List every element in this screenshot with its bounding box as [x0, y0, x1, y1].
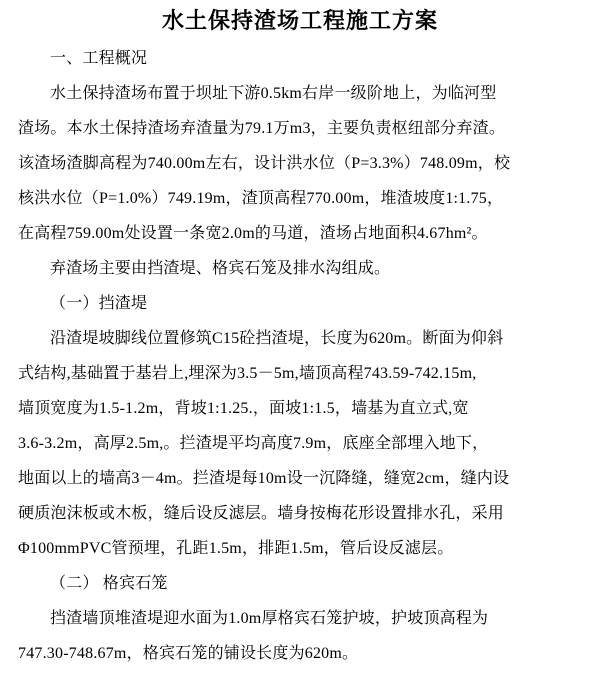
paragraph-line: 沿渣堤坡脚线位置修筑C15砼挡渣堤，长度为620m。断面为仰斜: [18, 321, 564, 356]
paragraph-line: 硬质泡沫板或木板，缝后设反滤层。墙身按梅花形设置排水孔，采用: [18, 496, 564, 531]
paragraph-line: 3.6-3.2m，高厚2.5m,。拦渣堤平均高度7.9m，底座全部埋入地下，: [18, 426, 564, 461]
paragraph-line: 在高程759.00m处设置一条宽2.0m的马道，渣场占地面积4.67hm²。: [18, 216, 564, 251]
paragraph-line: 式结构,基础置于基岩上,埋深为3.5－5m,墙顶高程743.59-742.15m…: [18, 356, 564, 391]
paragraph-line: 地面以上的墙高3－4m。拦渣堤每10m设一沉降缝，缝宽2cm，缝内设: [18, 461, 564, 496]
paragraph-line: 挡渣墙顶堆渣堤迎水面为1.0m厚格宾石笼护坡，护坡顶高程为: [18, 601, 564, 636]
paragraph-line: 该渣场渣脚高程为740.00m左右，设计洪水位（P=3.3%）748.09m，校: [18, 146, 564, 181]
paragraph-line: 水土保持渣场布置于坝址下游0.5km右岸一级阶地上，为临河型: [18, 76, 564, 111]
document-page: 水土保持渣场工程施工方案 一、工程概况水土保持渣场布置于坝址下游0.5km右岸一…: [0, 0, 600, 682]
paragraph-line: Φ100mmPVC管预埋，孔距1.5m，排距1.5m，管后设反滤层。: [18, 531, 564, 566]
heading-line: 一、工程概况: [18, 41, 564, 76]
document-title: 水土保持渣场工程施工方案: [0, 0, 600, 41]
heading-line: （二） 格宾石笼: [18, 566, 564, 601]
paragraph-line: 747.30-748.67m，格宾石笼的铺设长度为620m。: [18, 636, 564, 671]
document-body: 一、工程概况水土保持渣场布置于坝址下游0.5km右岸一级阶地上，为临河型渣场。本…: [0, 41, 600, 671]
paragraph-line: 弃渣场主要由挡渣堤、格宾石笼及排水沟组成。: [18, 251, 564, 286]
heading-line: （一）挡渣堤: [18, 286, 564, 321]
paragraph-line: 墙顶宽度为1.5-1.2m，背坡1:1.25.，面坡1:1.5，墙基为直立式,宽: [18, 391, 564, 426]
paragraph-line: 核洪水位（P=1.0%）749.19m，渣顶高程770.00m，堆渣坡度1:1.…: [18, 181, 564, 216]
paragraph-line: 渣场。本水土保持渣场弃渣量为79.1万m3，主要负责枢纽部分弃渣。: [18, 111, 564, 146]
